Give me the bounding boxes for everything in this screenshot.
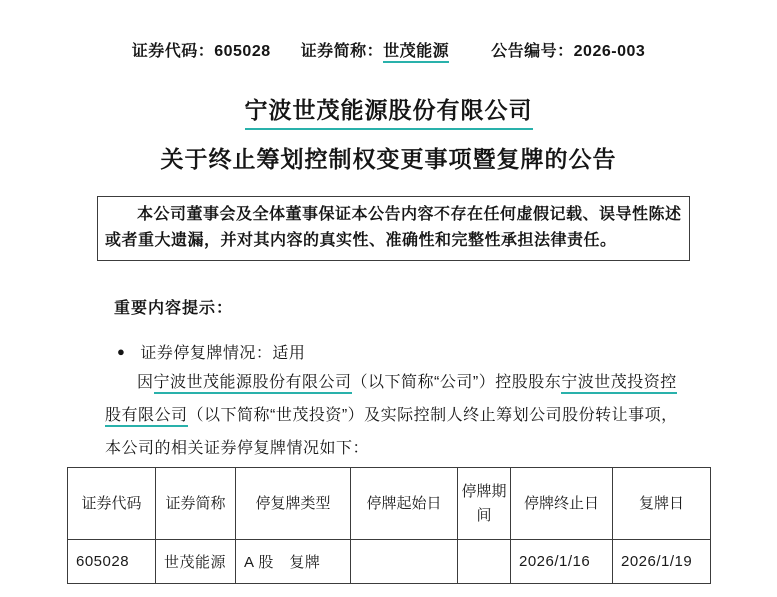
- announcement-page: 证券代码：605028 证券简称：世茂能源 公告编号：2026-003 宁波世茂…: [0, 0, 777, 597]
- bullet-icon: ●: [117, 345, 125, 358]
- holder-name-underlined-part2: 股有限公司: [105, 407, 188, 427]
- company-title-text: 宁波世茂能源股份有限公司: [245, 92, 533, 130]
- header-suspension-start: 停牌起始日: [351, 468, 458, 540]
- cell-stock-code: 605028: [68, 540, 156, 584]
- table-header-row: 证券代码 证券简称 停复牌类型 停牌起始日 停牌期间 停牌终止日 复牌日: [68, 468, 711, 540]
- highlights-heading: 重要内容提示：: [114, 295, 233, 318]
- highlight-item-text: 证券停复牌情况：适用: [140, 340, 305, 363]
- cell-suspension-end: 2026/1/16: [511, 540, 613, 584]
- cell-suspension-type: A 股 复牌: [236, 540, 351, 584]
- stock-name-value: 世茂能源: [383, 43, 449, 63]
- announcement-number: 公告编号：2026-003: [491, 38, 645, 61]
- cell-suspension-start: [351, 540, 458, 584]
- cell-resumption-date: 2026/1/19: [613, 540, 711, 584]
- header-stock-code: 证券代码: [68, 468, 156, 540]
- paragraph-text: （以下简称“世茂投资”）及实际控制人终止筹划公司股份转让事项，: [188, 407, 678, 424]
- body-paragraph: 因宁波世茂能源股份有限公司（以下简称“公司”）控股股东宁波世茂投资控 股有限公司…: [105, 366, 697, 465]
- cell-stock-name: 世茂能源: [156, 540, 236, 584]
- stock-code: 证券代码：605028: [132, 38, 271, 61]
- company-title: 宁波世茂能源股份有限公司: [0, 92, 777, 130]
- table-row: 605028 世茂能源 A 股 复牌 2026/1/16 2026/1/19: [68, 540, 711, 584]
- paragraph-line-2: 股有限公司（以下简称“世茂投资”）及实际控制人终止筹划公司股份转让事项，: [105, 399, 697, 432]
- stock-name: 证券简称：世茂能源: [301, 38, 450, 61]
- highlight-item: ● 证券停复牌情况：适用: [117, 340, 305, 363]
- disclaimer-line-2: 或者重大遗漏，并对其内容的真实性、准确性和完整性承担法律责任。: [105, 228, 682, 254]
- header-resumption-date: 复牌日: [613, 468, 711, 540]
- paragraph-line-3: 本公司的相关证券停复牌情况如下：: [105, 432, 697, 465]
- disclaimer-line-1: 本公司董事会及全体董事保证本公告内容不存在任何虚假记载、误导性陈述: [105, 202, 682, 228]
- paragraph-text: 因: [137, 374, 154, 391]
- paragraph-text: （以下简称“公司”）控股股东: [352, 374, 562, 391]
- stock-name-label: 证券简称：: [301, 43, 384, 60]
- cell-suspension-period: [458, 540, 511, 584]
- header-suspension-type: 停复牌类型: [236, 468, 351, 540]
- suspension-resumption-table: 证券代码 证券简称 停复牌类型 停牌起始日 停牌期间 停牌终止日 复牌日 605…: [67, 467, 711, 584]
- header-stock-name: 证券简称: [156, 468, 236, 540]
- paragraph-line-1: 因宁波世茂能源股份有限公司（以下简称“公司”）控股股东宁波世茂投资控: [105, 366, 697, 399]
- announcement-title: 关于终止筹划控制权变更事项暨复牌的公告: [0, 141, 777, 174]
- holder-name-underlined-part1: 宁波世茂投资控: [561, 374, 677, 394]
- company-name-underlined: 宁波世茂能源股份有限公司: [154, 374, 352, 394]
- header-suspension-end: 停牌终止日: [511, 468, 613, 540]
- meta-line: 证券代码：605028 证券简称：世茂能源 公告编号：2026-003: [0, 38, 777, 61]
- header-suspension-period: 停牌期间: [458, 468, 511, 540]
- disclaimer-box: 本公司董事会及全体董事保证本公告内容不存在任何虚假记载、误导性陈述 或者重大遗漏…: [97, 196, 690, 261]
